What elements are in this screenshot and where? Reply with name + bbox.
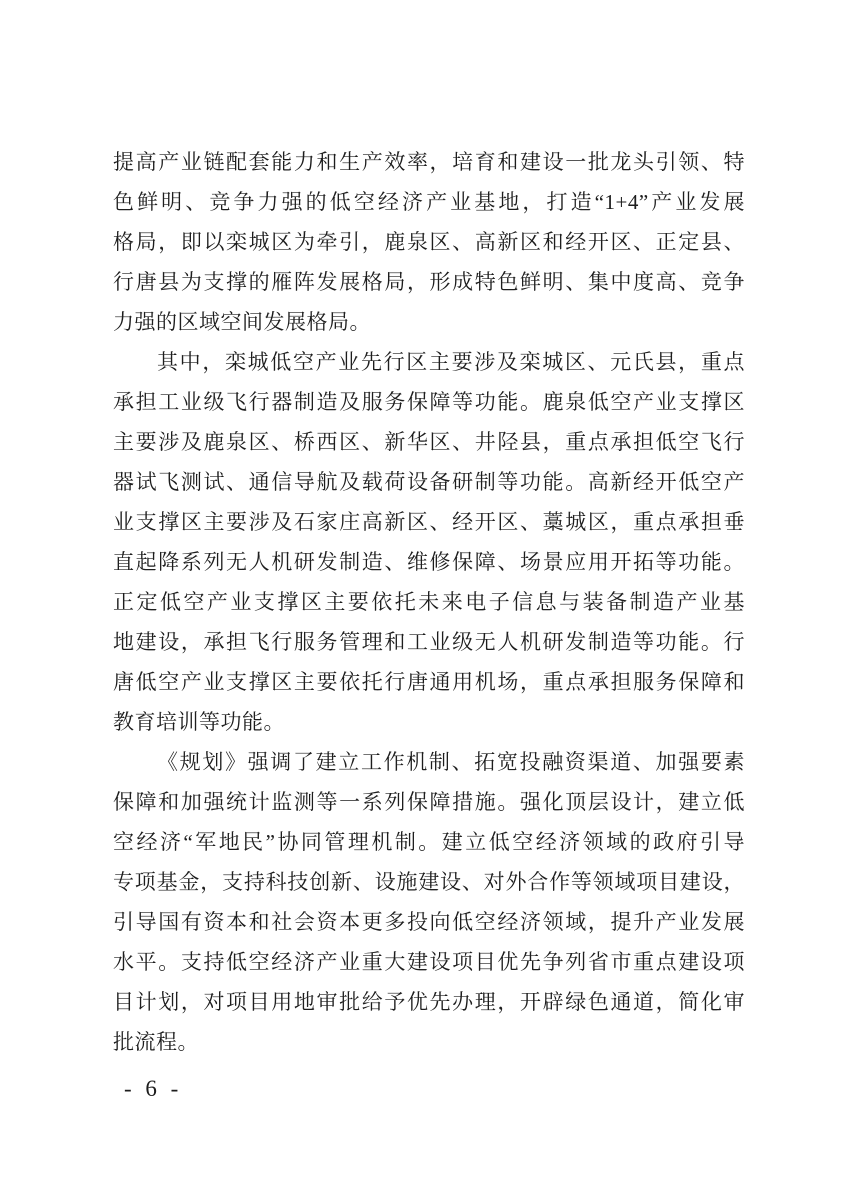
page-number: - 6 - — [124, 1075, 182, 1103]
text-line: 承担工业级飞行器制造及服务保障等功能。鹿泉低空产业支撑区 — [113, 382, 745, 422]
text-line: 行唐县为支撑的雁阵发展格局，形成特色鲜明、集中度高、竞争 — [113, 262, 745, 302]
text-line: 直起降系列无人机研发制造、维修保障、场景应用开拓等功能。 — [113, 542, 745, 582]
text-line: 业支撑区主要涉及石家庄高新区、经开区、藁城区，重点承担垂 — [113, 502, 745, 542]
text-line: 器试飞测试、通信导航及载荷设备研制等功能。高新经开低空产 — [113, 462, 745, 502]
text-line: 其中，栾城低空产业先行区主要涉及栾城区、元氏县，重点 — [113, 342, 745, 382]
paragraph-2: 其中，栾城低空产业先行区主要涉及栾城区、元氏县，重点 承担工业级飞行器制造及服务… — [113, 342, 745, 742]
text-line: 地建设，承担飞行服务管理和工业级无人机研发制造等功能。行 — [113, 622, 745, 662]
text-line: 保障和加强统计监测等一系列保障措施。强化顶层设计，建立低 — [113, 782, 745, 822]
text-line: 色鲜明、竞争力强的低空经济产业基地，打造“1+4”产业发展 — [113, 182, 745, 222]
text-line: 教育培训等功能。 — [113, 702, 745, 742]
text-line: 批流程。 — [113, 1022, 745, 1062]
text-line: 提高产业链配套能力和生产效率，培育和建设一批龙头引领、特 — [113, 142, 745, 182]
text-line: 唐低空产业支撑区主要依托行唐通用机场，重点承担服务保障和 — [113, 662, 745, 702]
text-line: 格局，即以栾城区为牵引，鹿泉区、高新区和经开区、正定县、 — [113, 222, 745, 262]
document-page: 提高产业链配套能力和生产效率，培育和建设一批龙头引领、特 色鲜明、竞争力强的低空… — [0, 0, 846, 1196]
document-body: 提高产业链配套能力和生产效率，培育和建设一批龙头引领、特 色鲜明、竞争力强的低空… — [113, 142, 745, 1062]
text-line: 主要涉及鹿泉区、桥西区、新华区、井陉县，重点承担低空飞行 — [113, 422, 745, 462]
text-line: 目计划，对项目用地审批给予优先办理，开辟绿色通道，简化审 — [113, 982, 745, 1022]
text-line: 《规划》强调了建立工作机制、拓宽投融资渠道、加强要素 — [113, 742, 745, 782]
paragraph-3: 《规划》强调了建立工作机制、拓宽投融资渠道、加强要素 保障和加强统计监测等一系列… — [113, 742, 745, 1062]
text-line: 专项基金，支持科技创新、设施建设、对外合作等领域项目建设， — [113, 862, 745, 902]
text-line: 水平。支持低空经济产业重大建设项目优先争列省市重点建设项 — [113, 942, 745, 982]
text-line: 正定低空产业支撑区主要依托未来电子信息与装备制造产业基 — [113, 582, 745, 622]
paragraph-1: 提高产业链配套能力和生产效率，培育和建设一批龙头引领、特 色鲜明、竞争力强的低空… — [113, 142, 745, 342]
text-line: 力强的区域空间发展格局。 — [113, 302, 745, 342]
text-line: 引导国有资本和社会资本更多投向低空经济领域，提升产业发展 — [113, 902, 745, 942]
text-line: 空经济“军地民”协同管理机制。建立低空经济领域的政府引导 — [113, 822, 745, 862]
